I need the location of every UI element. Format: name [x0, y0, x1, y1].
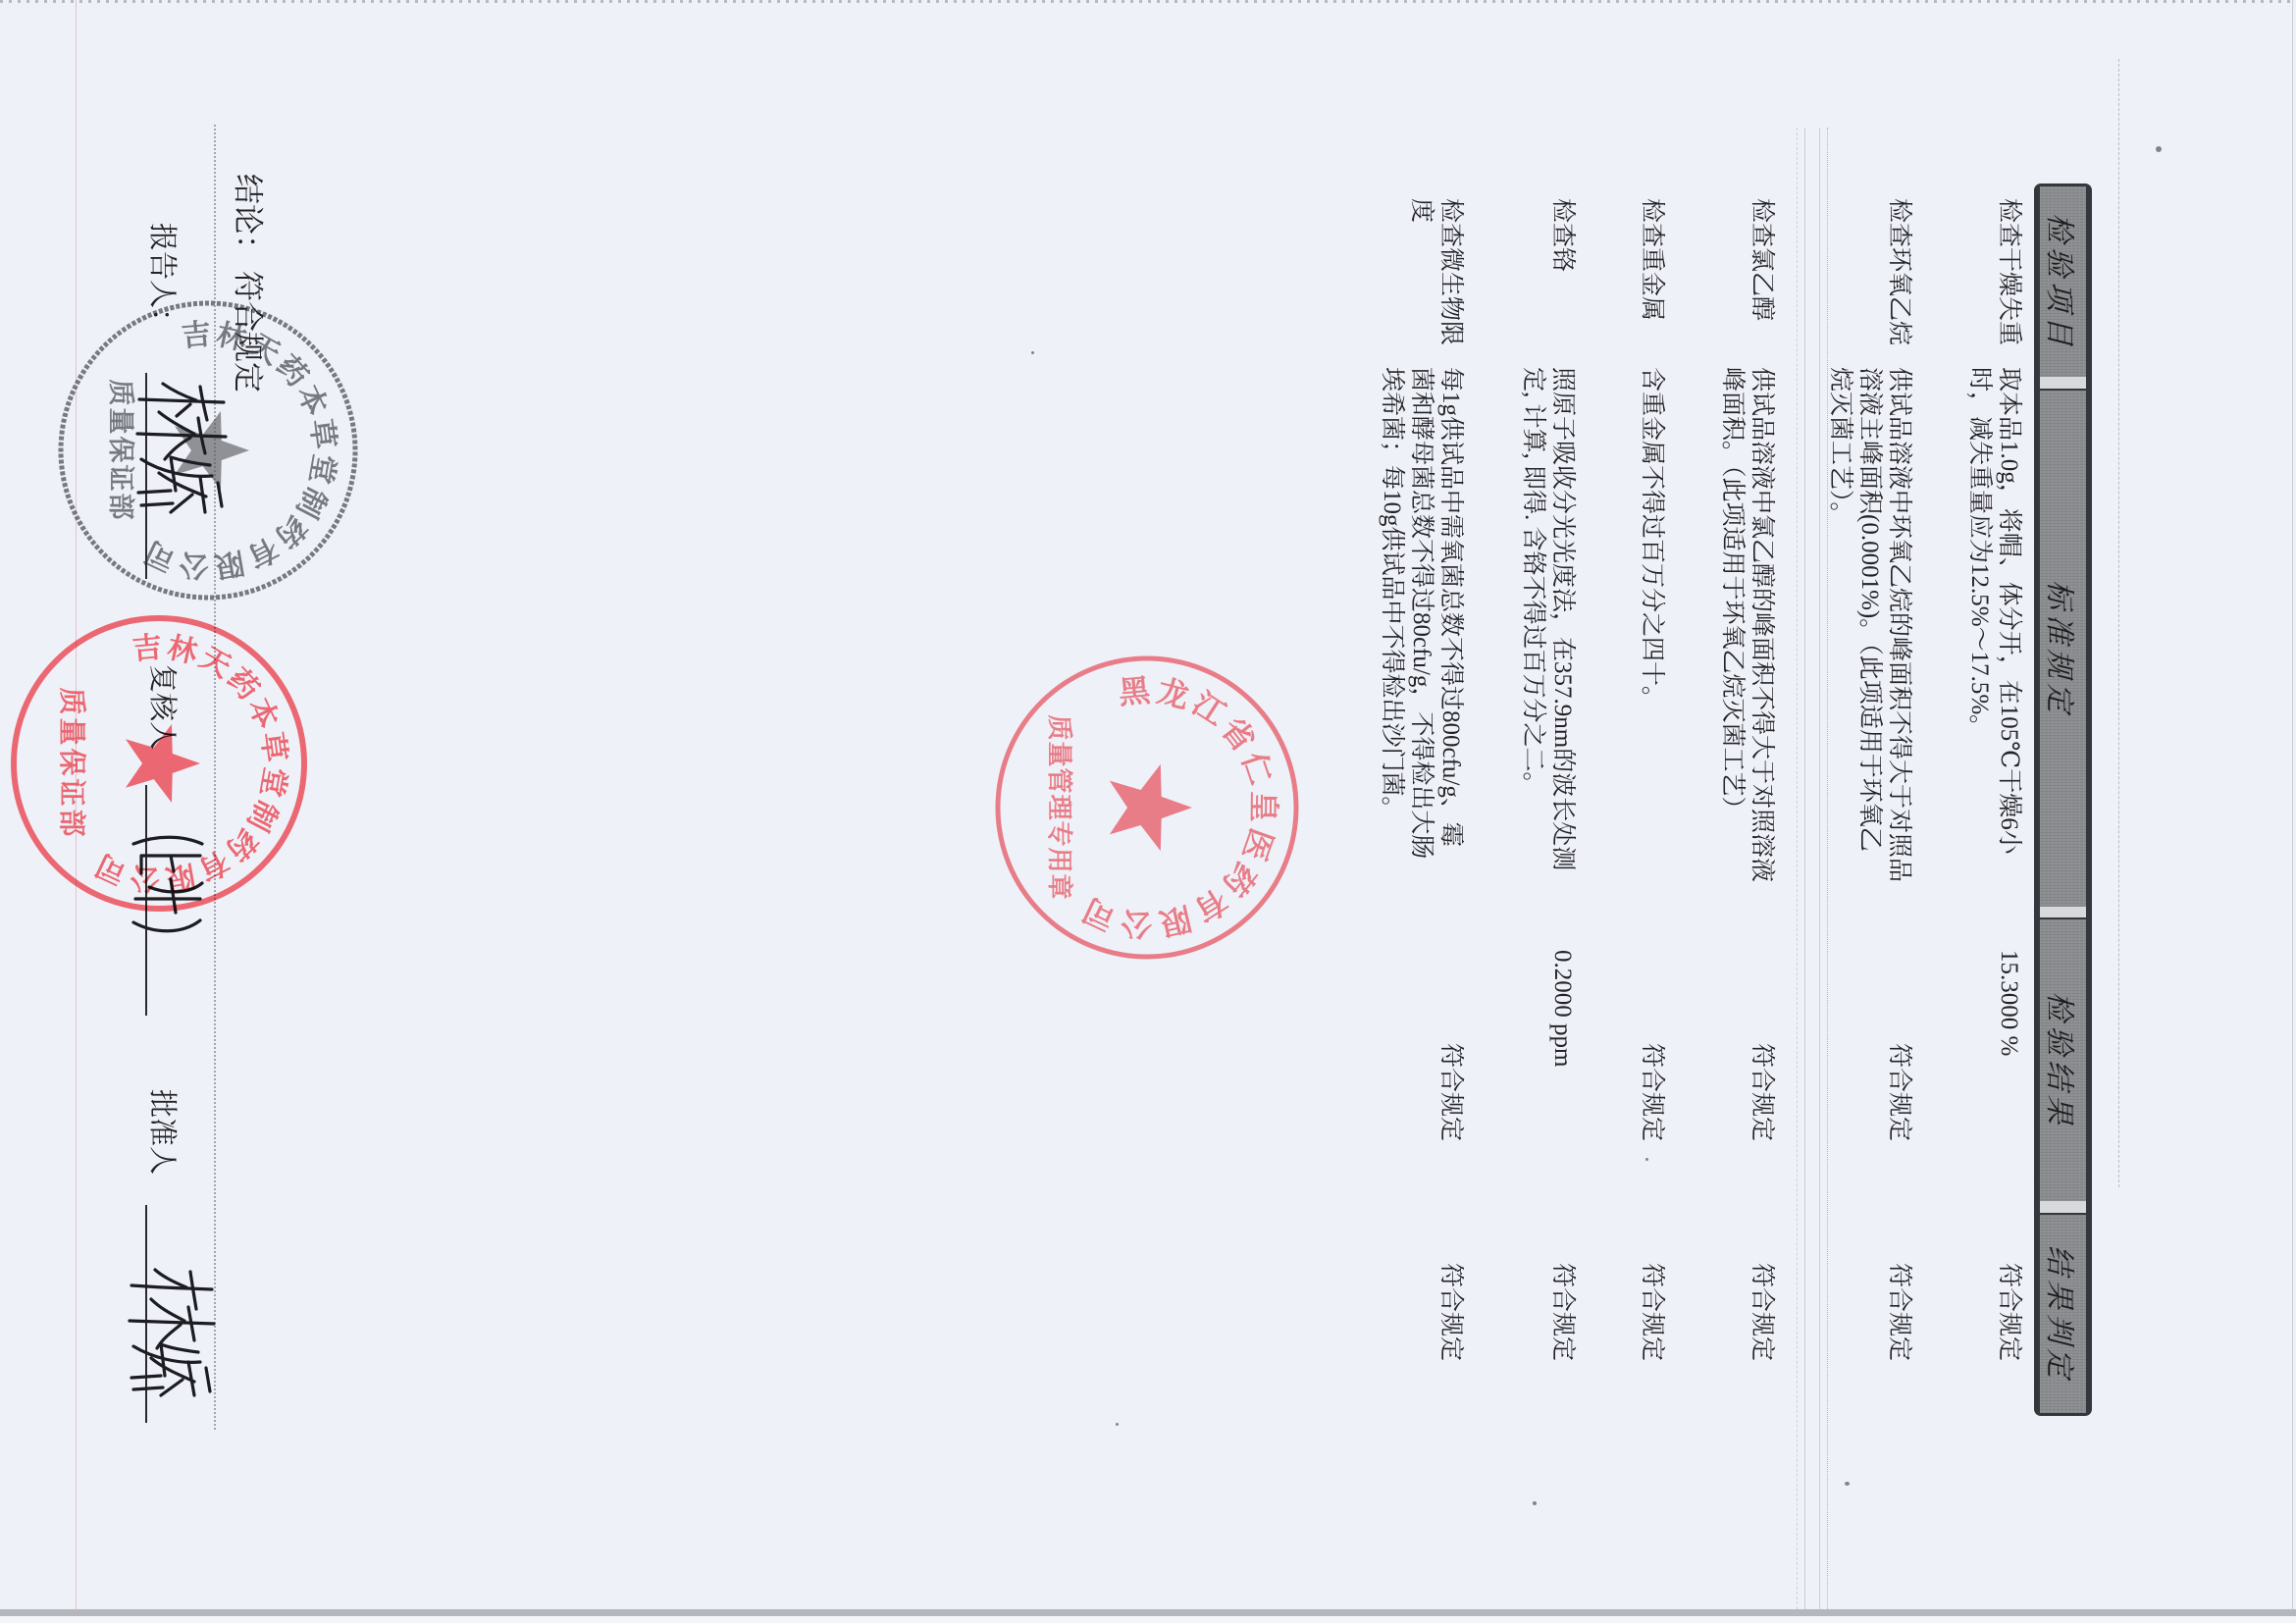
- star-icon: [1110, 764, 1192, 851]
- table-row: 检查干燥失重 取本品1.0g，将帽、体分开，在105℃干燥6小 时，减失重量应为…: [1925, 0, 2023, 1623]
- header-cell-standard: 标准规定: [2040, 389, 2086, 907]
- standard-line: 照原子吸收分光光度法，在357.9nm的波长处测: [1547, 367, 1577, 870]
- scan-speck: [1116, 1423, 1119, 1426]
- row-judgment: 符合规定: [1547, 1263, 1577, 1361]
- stamp-center-text: 质量保证部: [56, 687, 88, 839]
- qa-red-stamp: 吉林天药本草堂制药有限公司 质量保证部: [2, 606, 316, 920]
- standard-line: 每1g供试品中需氧菌总数不得过800cfu/g、霉: [1435, 367, 1465, 859]
- row-judgment: 符合规定: [1435, 1263, 1465, 1361]
- row-standard: 含重金属不得过百万分之四十。: [1637, 367, 1666, 710]
- header-cell-judgment: 结果判定: [2040, 1213, 2086, 1413]
- table-row: 检查环氧乙烷 供试品溶液中环氧乙烷的峰面积不得大于对照品 溶液主峰面积(0.00…: [1815, 0, 1913, 1623]
- table-header: 检验项目 标准规定 检验结果 结果判定: [2034, 183, 2092, 1416]
- row-standard: 照原子吸收分光光度法，在357.9nm的波长处测 定, 计算, 即得. 含铬不得…: [1518, 367, 1577, 870]
- row-result: 符合规定: [1435, 1043, 1465, 1141]
- row-item-name: 检查微生物限度: [1406, 198, 1465, 355]
- scanned-report-page: 吉林天药本草堂制药有限公司 质量保证部 检验项目 标准规定 检验结果 结果判定 …: [0, 0, 2296, 1623]
- header-label-judgment: 结果判定: [2042, 1245, 2085, 1383]
- approver-signature: [130, 1268, 216, 1397]
- standard-line: 时，减失重量应为12.5%～17.5%。: [1964, 367, 1994, 855]
- standard-line: 埃希菌；每10g供试品中不得检出沙门菌。: [1377, 367, 1406, 859]
- standard-line: 烷灭菌工艺）。: [1825, 367, 1854, 882]
- row-judgment: 符合规定: [1747, 1263, 1776, 1361]
- row-standard: 供试品溶液中氯乙醇的峰面积不得大于对照溶液 峰面积。（此项适用于环氧乙烷灭菌工艺…: [1717, 367, 1776, 882]
- conclusion: 结论：符合规定: [230, 174, 265, 393]
- header-label-standard: 标准规定: [2042, 580, 2085, 717]
- row-result: 符合规定: [1637, 1043, 1666, 1141]
- table-row: 检查氯乙醇 供试品溶液中氯乙醇的峰面积不得大于对照溶液 峰面积。（此项适用于环氧…: [1678, 0, 1776, 1623]
- table-row: 检查重金属 含重金属不得过百万分之四十。 符合规定 符合规定: [1568, 0, 1666, 1623]
- conclusion-value: 符合规定: [231, 271, 265, 393]
- standard-line: 溶液主峰面积(0.0001%)。（此项适用于环氧乙: [1854, 367, 1884, 882]
- reporter-signature: [136, 381, 230, 513]
- stamp-ink: 黑龙江省仁皇医药有限公司 质量管理专用章: [998, 658, 1296, 957]
- table-row: 检查铬 照原子吸收分光光度法，在357.9nm的波长处测 定, 计算, 即得. …: [1479, 0, 1577, 1623]
- header-cell-item: 检验项目: [2040, 186, 2086, 377]
- scan-speck: [2156, 146, 2162, 152]
- row-judgment: 符合规定: [1637, 1263, 1666, 1361]
- row-item-name: 检查氯乙醇: [1747, 198, 1776, 355]
- standard-line: 菌和酵母菌总数不得过80cfu/g，不得检出大肠: [1406, 367, 1435, 859]
- standard-line: 供试品溶液中环氧乙烷的峰面积不得大于对照品: [1884, 367, 1913, 882]
- row-result: 符合规定: [1884, 1043, 1913, 1141]
- scan-edge-line: [2292, 0, 2293, 1623]
- row-item-name: 检查重金属: [1637, 198, 1666, 355]
- row-result: 符合规定: [1747, 1043, 1776, 1141]
- approver-label: 批准人: [147, 1089, 177, 1175]
- row-judgment: 符合规定: [1884, 1263, 1913, 1361]
- scan-ghost-line: [1804, 128, 1805, 1609]
- row-item-name: 检查干燥失重: [1994, 198, 2023, 355]
- conclusion-label: 结论：: [231, 174, 265, 265]
- row-judgment: 符合规定: [1994, 1263, 2023, 1361]
- standard-line: 峰面积。（此项适用于环氧乙烷灭菌工艺）: [1717, 367, 1747, 882]
- header-cell-result: 检验结果: [2040, 917, 2086, 1201]
- row-standard: 供试品溶液中环氧乙烷的峰面积不得大于对照品 溶液主峰面积(0.0001%)。（此…: [1825, 367, 1913, 882]
- scan-ghost-line: [2118, 59, 2119, 1187]
- standard-line: 取本品1.0g，将帽、体分开，在105℃干燥6小: [1994, 367, 2023, 855]
- row-standard: 每1g供试品中需氧菌总数不得过800cfu/g、霉 菌和酵母菌总数不得过80cf…: [1377, 367, 1465, 859]
- header-label-item: 检验项目: [2042, 213, 2085, 350]
- stamp-center-text: 质量管理专用章: [1044, 714, 1074, 900]
- standard-line: 供试品溶液中氯乙醇的峰面积不得大于对照溶液: [1747, 367, 1776, 882]
- standard-line: 含重金属不得过百万分之四十。: [1637, 367, 1666, 710]
- row-item-name: 检查环氧乙烷: [1884, 198, 1913, 355]
- header-label-result: 检验结果: [2042, 992, 2085, 1129]
- reporter-label: 报告人：: [147, 223, 177, 337]
- row-result: 15.3000 %: [1994, 950, 2023, 1056]
- star-icon: [126, 724, 200, 803]
- recipient-qc-stamp: 黑龙江省仁皇医药有限公司 质量管理专用章: [990, 651, 1304, 965]
- row-item-name: 检查铬: [1547, 198, 1577, 355]
- stamp-center-text: 质量保证部: [105, 380, 135, 522]
- scan-speck: [1031, 351, 1034, 354]
- row-result: 0.2000 ppm: [1547, 950, 1577, 1067]
- stamp-ink: 吉林天药本草堂制药有限公司 质量保证部: [14, 618, 304, 909]
- standard-line: 定, 计算, 即得. 含铬不得过百万分之二。: [1518, 367, 1547, 870]
- scan-ghost-line: [1797, 128, 1798, 1609]
- table-row: 检查微生物限度 每1g供试品中需氧菌总数不得过800cfu/g、霉 菌和酵母菌总…: [1367, 0, 1465, 1623]
- row-standard: 取本品1.0g，将帽、体分开，在105℃干燥6小 时，减失重量应为12.5%～1…: [1964, 367, 2023, 855]
